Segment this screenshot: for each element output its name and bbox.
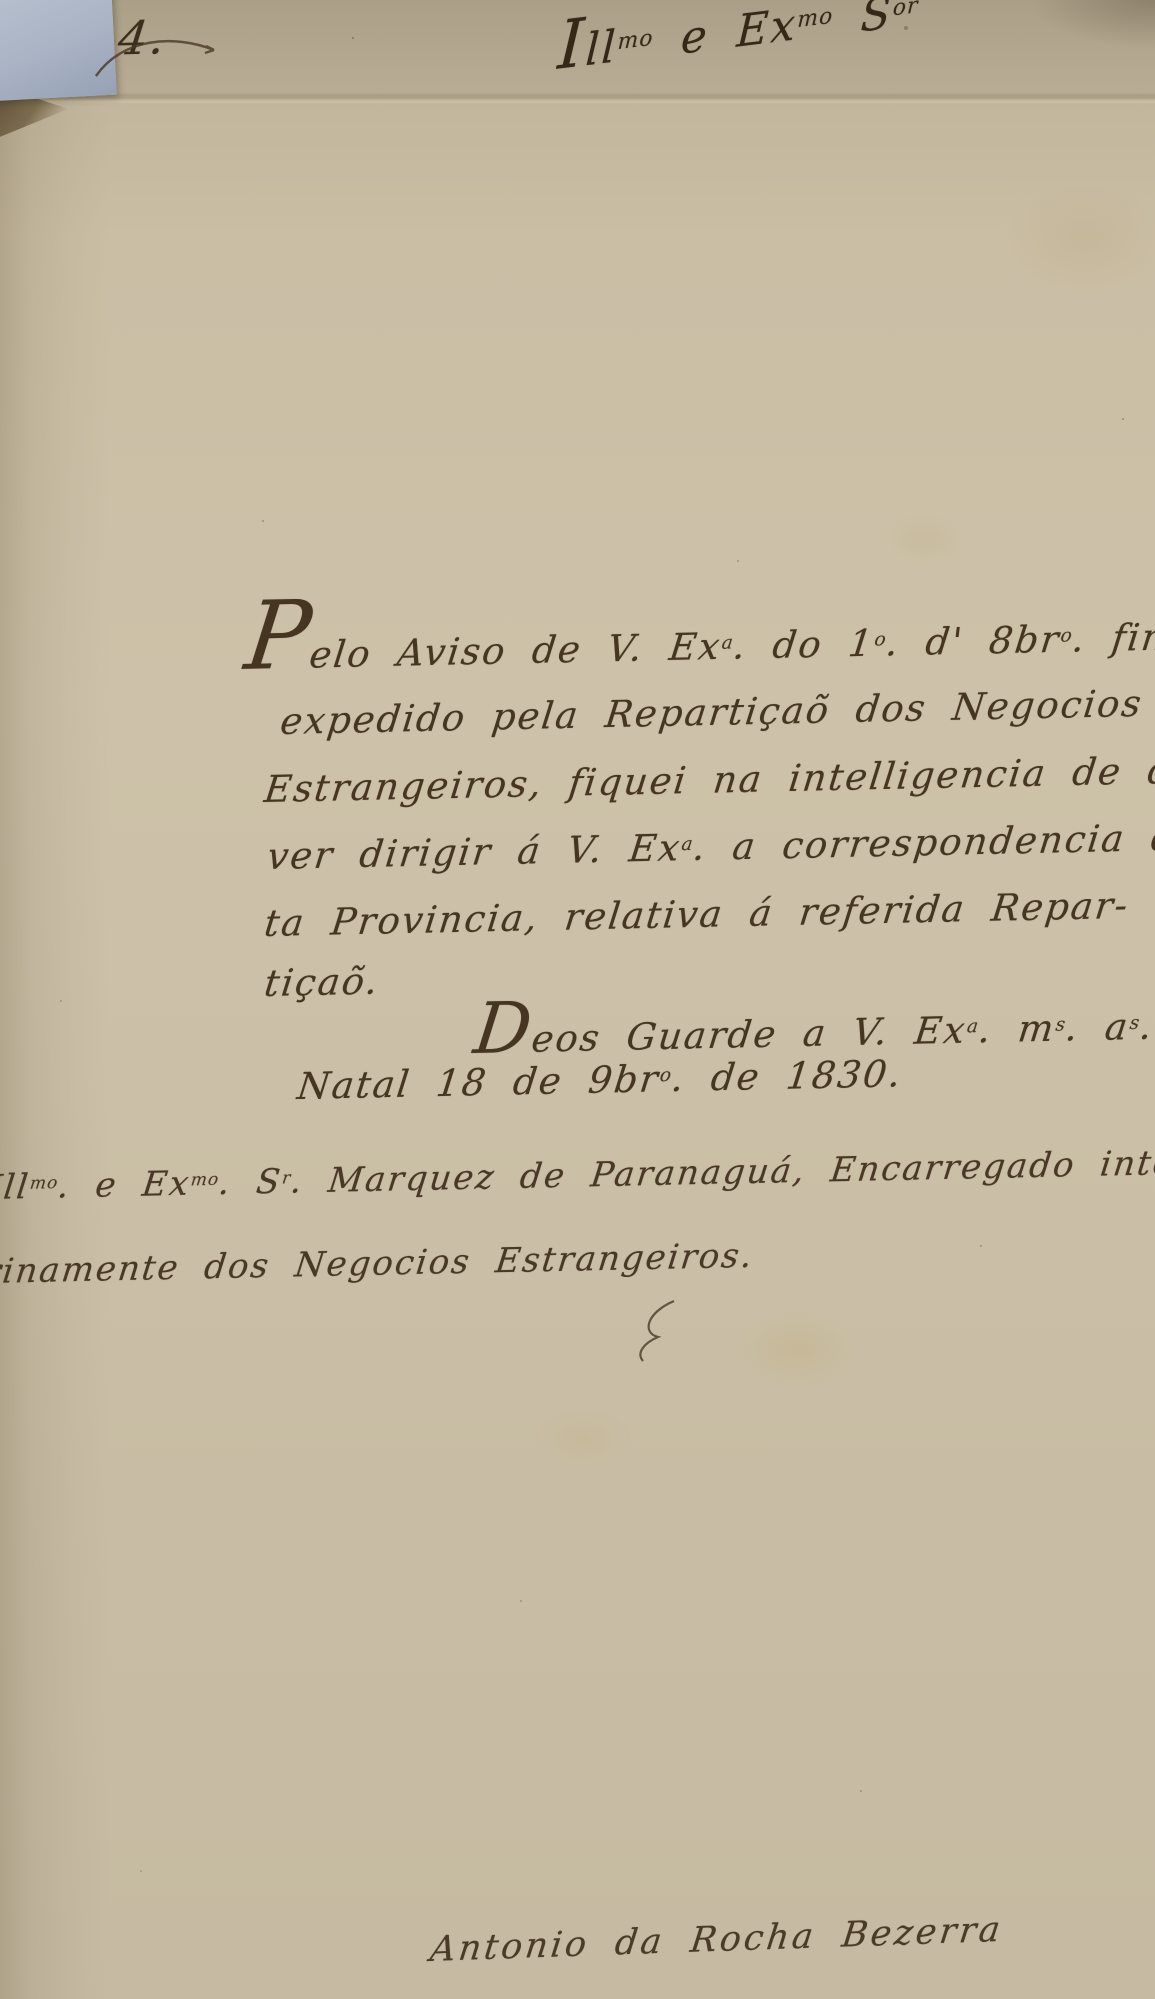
signature: Antonio da Rocha Bezerra [428, 1910, 1005, 1970]
paraph-flourish-icon [612, 1295, 692, 1365]
body-line-3: Estrangeiros, fiquei na intelligencia de… [262, 748, 1155, 811]
body-line-2: expedido pela Repartiçaõ dos Negocios [278, 682, 1145, 743]
body-line-5: ta Provincia, relativa á referida Repar- [262, 884, 1132, 945]
rubric-flourish-icon [92, 28, 224, 84]
address-line-2: rinamente dos Negocios Estrangeiros. [0, 1236, 756, 1292]
body-line-4: ver dirigir á V. Exa. a correspondencia … [265, 814, 1155, 878]
address-line-1: Illmo. e Exmo. Sr. Marquez de Paranaguá,… [0, 1143, 1155, 1208]
dateline: Natal 18 de 9bro. de 1830. [295, 1052, 905, 1108]
horizontal-crease [0, 92, 1155, 104]
body-line-1: Pelo Aviso de V. Exa. do 1o. d' 8bro. fi… [240, 561, 1155, 692]
manuscript-page: 14. Illmo e Exmo Sor Pelo Aviso de V. Ex… [0, 0, 1155, 1999]
body-line-6: tiçaõ. [262, 959, 382, 1005]
